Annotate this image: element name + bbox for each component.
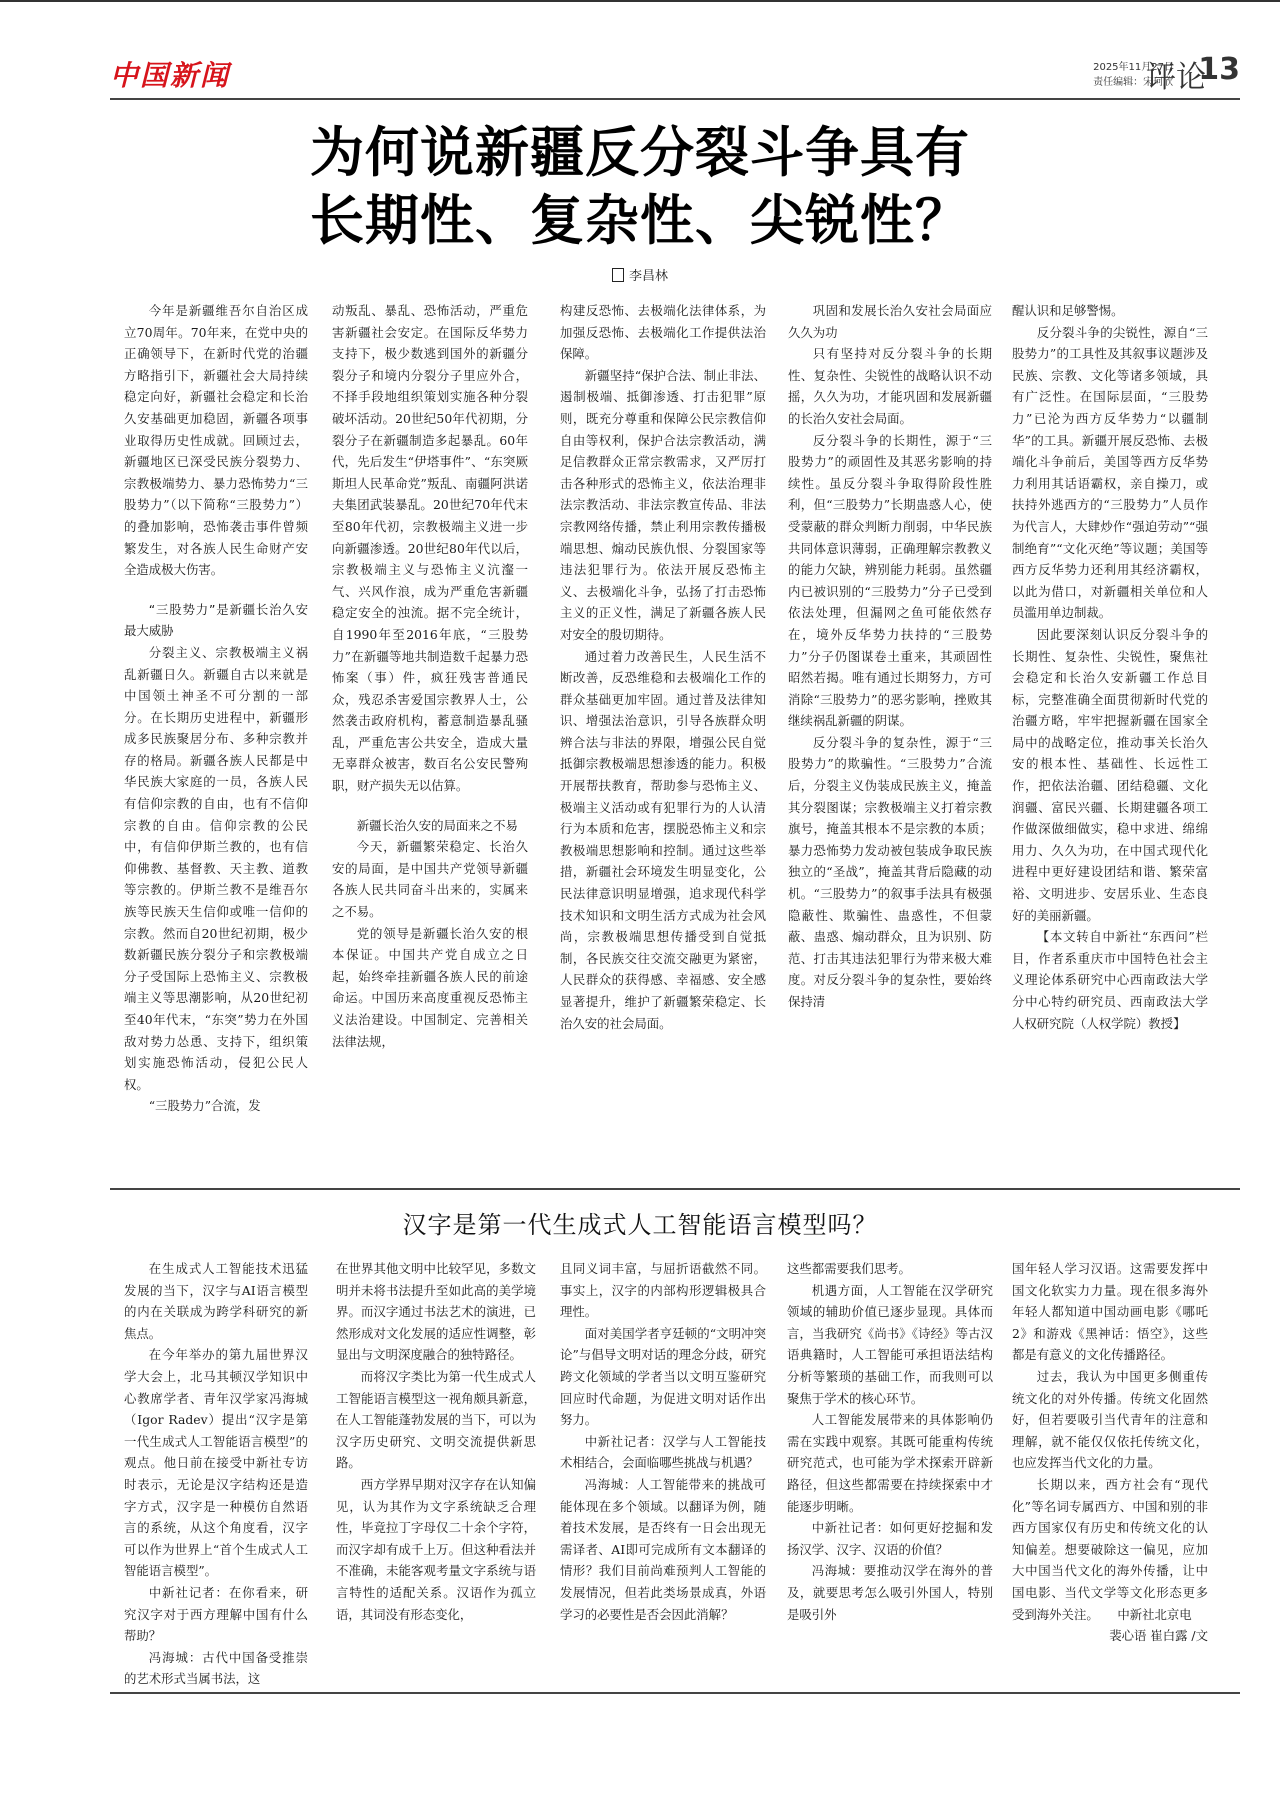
article1-column-1: 今年是新疆维吾尔自治区成立70周年。70年来，在党中央的正确领导下，在新时代党的…: [124, 300, 308, 1117]
article1-column-2: 动叛乱、暴乱、恐怖活动，严重危害新疆社会安定。在国际反华势力支持下，极少数逃到国…: [332, 300, 528, 1052]
bottom-rule: [110, 1692, 1240, 1694]
paragraph: 人工智能发展带来的具体影响仍需在实践中观察。其既可能重构传统研究范式，也可能为学…: [787, 1409, 993, 1517]
paragraph: 只有坚持对反分裂斗争的长期性、复杂性、尖锐性的战略认识不动摇，久久为功，才能巩固…: [788, 343, 992, 429]
article1-column-4: 巩固和发展长治久安社会局面应久久为功只有坚持对反分裂斗争的长期性、复杂性、尖锐性…: [788, 300, 992, 1013]
paragraph: 过去，我认为中国更多侧重传统文化的对外传播。传统文化固然好，但若要吸引当代青年的…: [1012, 1366, 1208, 1474]
section-name: 评论: [1146, 52, 1206, 96]
paragraph: 中新社记者：汉学与人工智能技术相结合，会面临哪些挑战与机遇？: [560, 1431, 766, 1474]
paragraph: 在世界其他文明中比较罕见，多数文明并未将书法提升至如此高的美学境界。而汉字通过书…: [336, 1258, 536, 1366]
paragraph: 反分裂斗争的尖锐性，源自“三股势力”的工具性及其叙事议题涉及民族、宗教、文化等诸…: [1012, 322, 1208, 624]
article2-column-5: 国年轻人学习汉语。这需要发挥中国文化软实力力量。现在很多海外年轻人都知道中国动画…: [1012, 1258, 1208, 1647]
article1-column-5: 醒认识和足够警惕。反分裂斗争的尖锐性，源自“三股势力”的工具性及其叙事议题涉及民…: [1012, 300, 1208, 1034]
paragraph: 而将汉字类比为第一代生成式人工智能语言模型这一视角颇具新意，在人工智能蓬勃发展的…: [336, 1366, 536, 1474]
subheading: “三股势力”是新疆长治久安最大威胁: [124, 599, 308, 642]
author-name: 李昌林: [629, 269, 668, 284]
paragraph: 反分裂斗争的复杂性，源于“三股势力”的欺骗性。“三股势力”合流后，分裂主义伪装成…: [788, 732, 992, 1013]
subheading: 巩固和发展长治久安社会局面应久久为功: [788, 300, 992, 343]
headline-line-1: 为何说新疆反分裂斗争具有: [0, 118, 1280, 186]
paragraph: “三股势力”合流，发: [124, 1095, 308, 1117]
article1-byline: 李昌林: [0, 265, 1280, 284]
article2-column-2: 在世界其他文明中比较罕见，多数文明并未将书法提升至如此高的美学境界。而汉字通过书…: [336, 1258, 536, 1625]
masthead: 中国新闻 2025年11月27日 责任编辑：宋珂欣 评论 13: [110, 52, 1240, 96]
byline-box-icon: [612, 268, 624, 282]
paragraph: 党的领导是新疆长治久安的根本保证。中国共产党自成立之日起，始终牵挂新疆各族人民的…: [332, 923, 528, 1053]
paragraph: 因此要深刻认识反分裂斗争的长期性、复杂性、尖锐性，聚焦社会稳定和长治久安新疆工作…: [1012, 624, 1208, 926]
paragraph: 今年是新疆维吾尔自治区成立70周年。70年来，在党中央的正确领导下，在新时代党的…: [124, 300, 308, 581]
article2-headline: 汉字是第一代生成式人工智能语言模型吗？: [0, 1205, 1280, 1240]
article2-column-1: 在生成式人工智能技术迅猛发展的当下，汉字与AI语言模型的内在关联成为跨学科研究的…: [124, 1258, 308, 1690]
article1-headline: 为何说新疆反分裂斗争具有 长期性、复杂性、尖锐性？: [0, 118, 1280, 254]
subheading: 新疆长治久安的局面来之不易: [332, 815, 528, 837]
paragraph: 在今年举办的第九届世界汉学大会上，北马其顿汉学知识中心教席学者、青年汉学家冯海城…: [124, 1344, 308, 1582]
masthead-rule: [110, 98, 1240, 100]
paragraph: 这些都需要我们思考。: [787, 1258, 993, 1280]
paragraph: 动叛乱、暴乱、恐怖活动，严重危害新疆社会安定。在国际反华势力支持下，极少数逃到国…: [332, 300, 528, 797]
paragraph: 今天，新疆繁荣稳定、长治久安的局面，是中国共产党领导新疆各族人民共同奋斗出来的，…: [332, 836, 528, 922]
paragraph: 冯海城：古代中国备受推崇的艺术形式当属书法，这: [124, 1647, 308, 1690]
paragraph: 长期以来，西方社会有“现代化”等名词专属西方、中国和别的非西方国家仅有历史和传统…: [1012, 1474, 1208, 1625]
top-border: [0, 0, 1280, 2]
paragraph: 反分裂斗争的长期性，源于“三股势力”的顽固性及其恶劣影响的持续性。虽反分裂斗争取…: [788, 430, 992, 732]
paragraph: 分裂主义、宗教极端主义祸乱新疆日久。新疆自古以来就是中国领土神圣不可分割的一部分…: [124, 642, 308, 1095]
paragraph: 且同义词丰富，与屈折语截然不同。事实上，汉字的内部构形逻辑极具合理性。: [560, 1258, 766, 1323]
article-divider: [110, 1188, 1240, 1190]
paragraph: 构建反恐怖、去极端化法律体系，为加强反恐怖、去极端化工作提供法治保障。: [560, 300, 766, 365]
author-credit: 裴心语 崔白露 /文: [1012, 1625, 1208, 1647]
paragraph: 国年轻人学习汉语。这需要发挥中国文化软实力力量。现在很多海外年轻人都知道中国动画…: [1012, 1258, 1208, 1366]
newspaper-logo: 中国新闻: [110, 54, 230, 94]
paragraph: 中新社记者：在你看来，研究汉字对于西方理解中国有什么帮助？: [124, 1582, 308, 1647]
paragraph: 新疆坚持“保护合法、制止非法、遏制极端、抵御渗透、打击犯罪”原则，既充分尊重和保…: [560, 365, 766, 646]
paragraph: 西方学界早期对汉字存在认知偏见，认为其作为文字系统缺乏合理性，毕竟拉丁字母仅二十…: [336, 1474, 536, 1625]
paragraph: 冯海城：人工智能带来的挑战可能体现在多个领域。以翻译为例，随着技术发展，是否终有…: [560, 1474, 766, 1625]
paragraph: 醒认识和足够警惕。: [1012, 300, 1208, 322]
page-number: 13: [1198, 52, 1240, 87]
article2-column-4: 这些都需要我们思考。机遇方面，人工智能在汉学研究领域的辅助价值已逐步显现。具体而…: [787, 1258, 993, 1625]
article1-column-3: 构建反恐怖、去极端化法律体系，为加强反恐怖、去极端化工作提供法治保障。新疆坚持“…: [560, 300, 766, 1034]
paragraph: 通过着力改善民生，人民生活不断改善，反恐维稳和去极端化工作的群众基础更加牢固。通…: [560, 646, 766, 1035]
paragraph: 冯海城：要推动汉学在海外的普及，就要思考怎么吸引外国人，特别是吸引外: [787, 1560, 993, 1625]
article2-column-3: 且同义词丰富，与屈折语截然不同。事实上，汉字的内部构形逻辑极具合理性。面对美国学…: [560, 1258, 766, 1625]
paragraph: 在生成式人工智能技术迅猛发展的当下，汉字与AI语言模型的内在关联成为跨学科研究的…: [124, 1258, 308, 1344]
paragraph: 【本文转自中新社“东西问”栏目，作者系重庆市中国特色社会主义理论体系研究中心西南…: [1012, 926, 1208, 1034]
paragraph: 中新社记者：如何更好挖掘和发扬汉学、汉字、汉语的价值？: [787, 1517, 993, 1560]
headline-line-2: 长期性、复杂性、尖锐性？: [0, 186, 1280, 254]
paragraph: 面对美国学者亨廷顿的“文明冲突论”与倡导文明对话的理念分歧，研究跨文化领域的学者…: [560, 1323, 766, 1431]
paragraph: 机遇方面，人工智能在汉学研究领域的辅助价值已逐步显现。具体而言，当我研究《尚书》…: [787, 1280, 993, 1410]
